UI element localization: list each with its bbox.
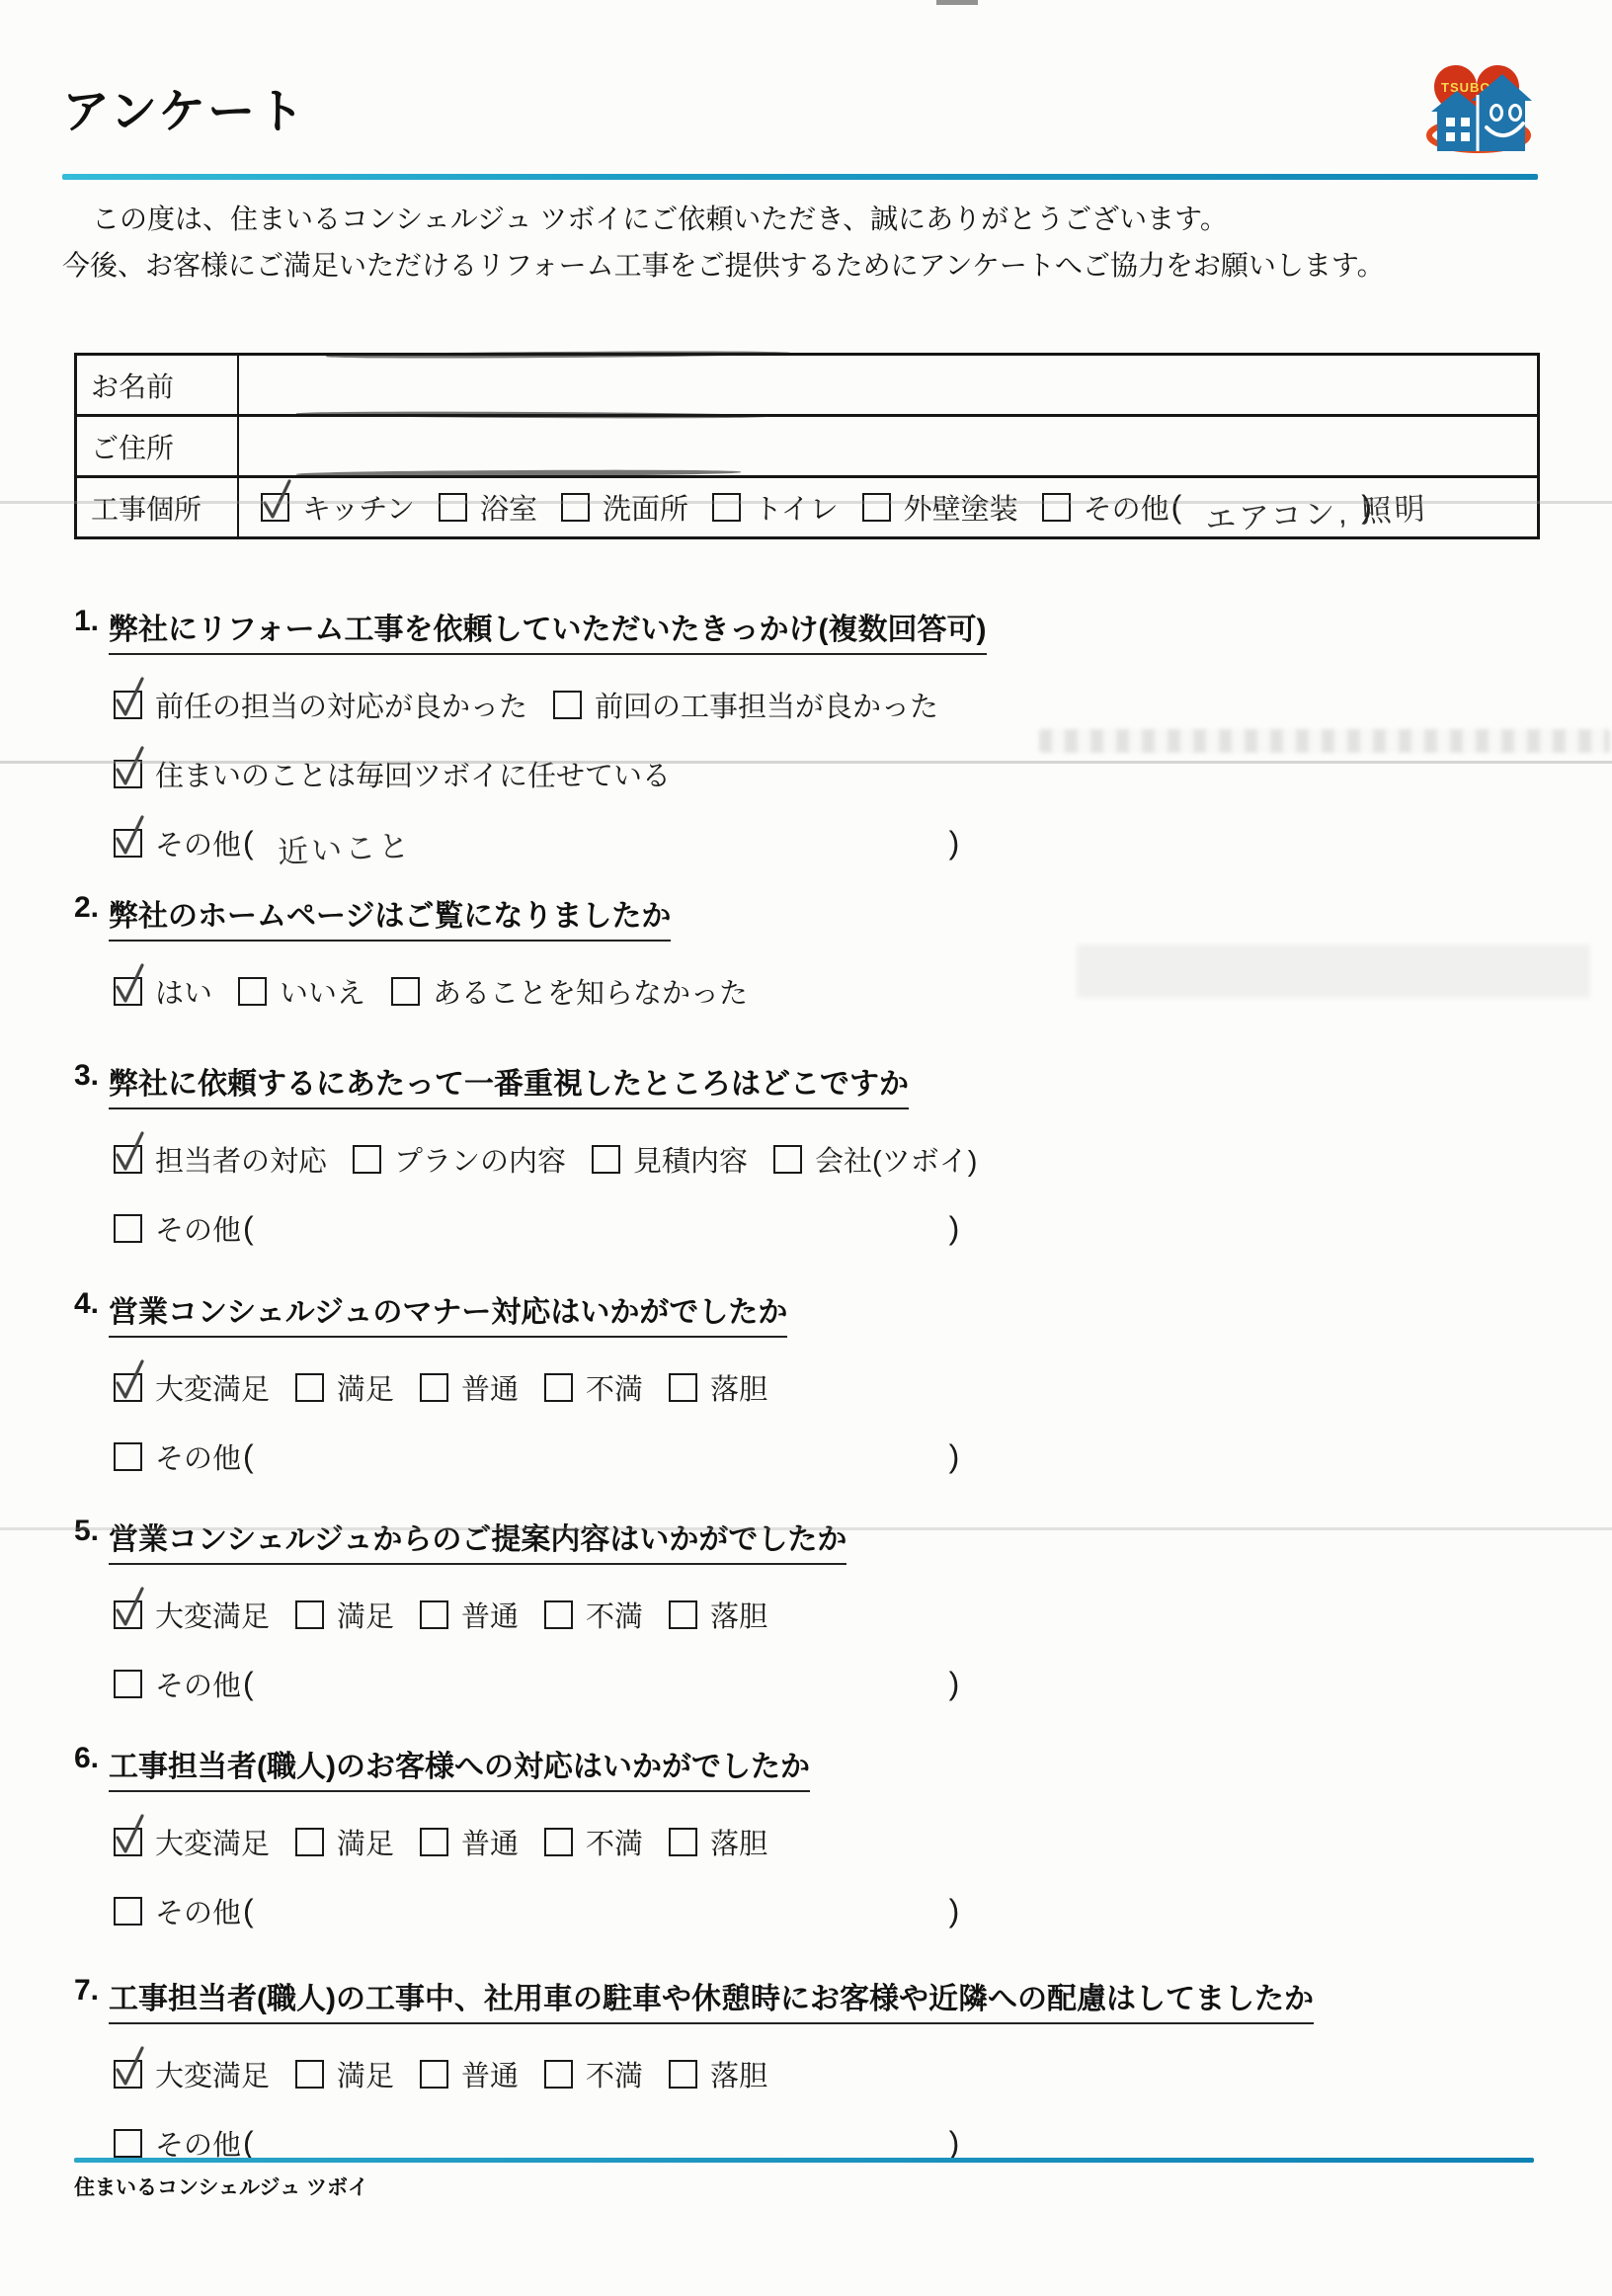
handwritten-text: 近いこと — [277, 820, 413, 871]
name-label: お名前 — [77, 356, 239, 414]
option-label: 落胆 — [710, 1595, 767, 1635]
question-title: 工事担当者(職人)のお客様への対応はいかがでしたか — [109, 1742, 810, 1792]
survey-option: 前任の担当の対応が良かった — [114, 685, 527, 725]
checkbox[interactable] — [114, 1670, 142, 1698]
paren-open: ( — [1169, 489, 1184, 526]
option-label: 普通 — [461, 1595, 519, 1635]
option-label: 洗面所 — [603, 487, 688, 528]
option-row: 大変満足満足普通不満落胆 — [62, 1822, 1538, 1861]
option-label: 普通 — [461, 1367, 519, 1408]
address-field[interactable] — [239, 417, 1537, 475]
survey-option: 普通 — [420, 1595, 519, 1635]
option-label: プランの内容 — [394, 1139, 566, 1180]
checkbox[interactable] — [862, 493, 891, 522]
survey-option: その他() — [114, 1208, 961, 1249]
question-number: 7. — [74, 1974, 99, 2008]
checkbox[interactable] — [114, 1442, 142, 1471]
option-row: はいいいえあることを知らなかった — [62, 971, 1538, 1011]
paren-open: ( — [241, 1210, 256, 1247]
work-options: キッチン浴室洗面所トイレ外壁塗装その他(エアコン, 照明) — [239, 478, 1537, 536]
question-number: 3. — [74, 1059, 99, 1093]
checkbox[interactable] — [295, 1828, 324, 1856]
question-title: 弊社のホームページはご覧になりましたか — [109, 891, 671, 942]
question-number: 6. — [74, 1742, 99, 1775]
option-label: 前任の担当の対応が良かった — [155, 685, 527, 725]
checkbox[interactable] — [561, 493, 590, 522]
question-number: 1. — [74, 605, 99, 638]
survey-option: はい — [114, 971, 212, 1012]
survey-option: その他() — [114, 1891, 961, 1931]
handwritten-checkmark — [112, 1585, 147, 1630]
other-fill-area: 近いこと — [256, 824, 947, 861]
checkbox[interactable] — [114, 1897, 142, 1926]
paren-open: ( — [241, 1666, 256, 1702]
survey-option: その他() — [114, 1664, 961, 1704]
option-row: その他() — [62, 1208, 1538, 1248]
option-label: 満足 — [337, 1367, 394, 1408]
handwritten-checkmark — [112, 813, 147, 859]
question-block: 3.弊社に依頼するにあたって一番重視したところはどこですか担当者の対応プランの内… — [62, 1059, 1538, 1248]
other-fill-area — [256, 1209, 947, 1247]
survey-option: 満足 — [295, 1822, 394, 1862]
option-row: 担当者の対応プランの内容見積内容会社(ツボイ) — [62, 1139, 1538, 1179]
option-label: 大変満足 — [155, 1367, 270, 1408]
survey-option: 普通 — [420, 2054, 519, 2094]
checkbox-checked[interactable] — [114, 1145, 142, 1174]
checkbox[interactable] — [773, 1145, 802, 1174]
option-label: 不満 — [586, 1595, 643, 1635]
question-title: 弊社にリフォーム工事を依頼していただいたきっかけ(複数回答可) — [109, 605, 986, 655]
checkbox[interactable] — [391, 977, 420, 1006]
checkbox[interactable] — [544, 2060, 573, 2089]
checkbox[interactable] — [420, 2060, 448, 2089]
other-fill-area — [256, 1665, 947, 1702]
option-label: 外壁塗装 — [904, 487, 1018, 528]
option-label: その他 — [1084, 487, 1169, 528]
option-row: その他() — [62, 1664, 1538, 1703]
survey-option: 落胆 — [669, 2054, 767, 2094]
option-label: 満足 — [337, 2054, 394, 2094]
survey-option: その他() — [114, 1436, 961, 1477]
question-number: 4. — [74, 1287, 99, 1321]
option-row: その他() — [62, 1436, 1538, 1476]
other-fill-area — [256, 2124, 947, 2162]
survey-option: 普通 — [420, 1822, 519, 1862]
checkbox-checked[interactable] — [114, 1828, 142, 1856]
checkbox[interactable] — [669, 1600, 697, 1629]
survey-option: 大変満足 — [114, 2054, 270, 2094]
question-block: 2.弊社のホームページはご覧になりましたかはいいいえあることを知らなかった — [62, 891, 1538, 1011]
option-label: 大変満足 — [155, 1822, 270, 1862]
other-fill-area — [256, 1892, 947, 1929]
survey-option: 外壁塗装 — [862, 487, 1018, 528]
survey-option: トイレ — [712, 487, 839, 528]
checkbox-checked[interactable] — [114, 829, 142, 858]
handwritten-checkmark — [112, 1357, 147, 1403]
option-label: 会社(ツボイ) — [815, 1139, 977, 1180]
survey-option: その他(エアコン, 照明) — [1042, 487, 1374, 528]
paren-close: ) — [947, 2125, 962, 2162]
option-row: その他(近いこと) — [62, 823, 1538, 862]
checkbox[interactable] — [238, 977, 267, 1006]
option-label: 普通 — [461, 2054, 519, 2094]
handwritten-checkmark — [112, 744, 147, 789]
name-field[interactable] — [239, 356, 1537, 414]
question-title: 営業コンシェルジュからのご提案内容はいかがでしたか — [109, 1515, 846, 1565]
question-title: 工事担当者(職人)の工事中、社用車の駐車や休憩時にお客様や近隣への配慮はしてまし… — [109, 1974, 1314, 2024]
handwritten-checkmark — [112, 961, 147, 1007]
option-label: 満足 — [337, 1595, 394, 1635]
checkbox-checked[interactable] — [114, 760, 142, 788]
option-label: はい — [155, 971, 212, 1012]
paren-close: ) — [947, 825, 962, 861]
survey-option: あることを知らなかった — [391, 971, 748, 1012]
paren-close: ) — [947, 1666, 962, 1702]
checkbox[interactable] — [420, 1828, 448, 1856]
paren-close: ) — [947, 1210, 962, 1247]
checkbox[interactable] — [712, 493, 741, 522]
survey-option: 大変満足 — [114, 1367, 270, 1408]
checkbox[interactable] — [114, 1214, 142, 1243]
checkbox[interactable] — [295, 2060, 324, 2089]
survey-option: 担当者の対応 — [114, 1139, 327, 1180]
tsuboi-logo: TSUBOI — [1421, 49, 1532, 156]
option-label: 普通 — [461, 1822, 519, 1862]
option-row: 大変満足満足普通不満落胆 — [62, 1367, 1538, 1407]
question-block: 7.工事担当者(職人)の工事中、社用車の駐車や休憩時にお客様や近隣への配慮はして… — [62, 1974, 1538, 2163]
question-block: 4.営業コンシェルジュのマナー対応はいかがでしたか大変満足満足普通不満落胆その他… — [62, 1287, 1538, 1476]
option-label: その他 — [155, 1436, 241, 1477]
survey-option: 満足 — [295, 2054, 394, 2094]
checkbox[interactable] — [295, 1373, 324, 1402]
handwritten-checkmark — [112, 2044, 147, 2090]
checkbox[interactable] — [353, 1145, 381, 1174]
survey-option: 満足 — [295, 1367, 394, 1408]
option-row: その他() — [62, 2123, 1538, 2163]
checkbox[interactable] — [544, 1828, 573, 1856]
survey-option: 前回の工事担当が良かった — [553, 685, 938, 725]
question-title: 弊社に依頼するにあたって一番重視したところはどこですか — [109, 1059, 909, 1109]
option-row: 住まいのことは毎回ツボイに任せている — [62, 754, 1538, 793]
checkbox[interactable] — [669, 2060, 697, 2089]
intro-text: この度は、住まいるコンシェルジュ ツボイにご依頼いただき、誠にありがとうございま… — [62, 196, 1538, 288]
option-row: 大変満足満足普通不満落胆 — [62, 1595, 1538, 1634]
intro-line-2: 今後、お客様にご満足いただけるリフォーム工事をご提供するためにアンケートへご協力… — [62, 242, 1538, 288]
survey-option: 満足 — [295, 1595, 394, 1635]
checkbox[interactable] — [420, 1600, 448, 1629]
other-fill-area: エアコン, 照明 — [1183, 489, 1359, 527]
survey-option: 浴室 — [439, 487, 537, 528]
option-label: 不満 — [586, 2054, 643, 2094]
checkbox[interactable] — [544, 1600, 573, 1629]
survey-option: 普通 — [420, 1367, 519, 1408]
option-label: キッチン — [302, 487, 415, 528]
handwritten-checkmark — [112, 1812, 147, 1857]
question-title-row: 6.工事担当者(職人)のお客様への対応はいかがでしたか — [62, 1742, 1538, 1792]
option-label: あることを知らなかった — [433, 971, 748, 1012]
question-block: 5.営業コンシェルジュからのご提案内容はいかがでしたか大変満足満足普通不満落胆そ… — [62, 1515, 1538, 1703]
option-label: その他 — [155, 1891, 241, 1931]
question-block: 1.弊社にリフォーム工事を依頼していただいたきっかけ(複数回答可)前任の担当の対… — [62, 605, 1538, 862]
checkbox[interactable] — [592, 1145, 620, 1174]
checkbox[interactable] — [1042, 493, 1071, 522]
survey-option: 落胆 — [669, 1595, 767, 1635]
info-table: お名前 ご住所 工事個所 キッチン浴室洗面所トイレ外壁塗装その他(エアコン, 照… — [74, 353, 1540, 539]
option-label: 住まいのことは毎回ツボイに任せている — [155, 754, 671, 794]
survey-option: 見積内容 — [592, 1139, 748, 1180]
paren-open: ( — [241, 1893, 256, 1929]
option-label: トイレ — [754, 487, 839, 528]
option-label: その他 — [155, 1664, 241, 1704]
checkbox[interactable] — [669, 1828, 697, 1856]
survey-page: アンケート TSUBOI この度は、住まいるコンシェルジュ ツボイにご依頼いただ… — [62, 0, 1538, 2296]
option-row: 前任の担当の対応が良かった前回の工事担当が良かった — [62, 685, 1538, 724]
paren-open: ( — [241, 1438, 256, 1475]
checkbox[interactable] — [544, 1373, 573, 1402]
survey-option: 大変満足 — [114, 1822, 270, 1862]
question-title-row: 1.弊社にリフォーム工事を依頼していただいたきっかけ(複数回答可) — [62, 605, 1538, 655]
checkbox-checked[interactable] — [114, 1373, 142, 1402]
other-fill-area — [256, 1437, 947, 1475]
option-label: 大変満足 — [155, 2054, 270, 2094]
paren-open: ( — [241, 825, 256, 861]
handwritten-checkmark — [259, 477, 294, 523]
survey-option: 落胆 — [669, 1822, 767, 1862]
question-number: 2. — [74, 891, 99, 925]
option-label: 落胆 — [710, 1367, 767, 1408]
survey-option: 不満 — [544, 1367, 643, 1408]
survey-option: 住まいのことは毎回ツボイに任せている — [114, 754, 671, 794]
question-title-row: 5.営業コンシェルジュからのご提案内容はいかがでしたか — [62, 1515, 1538, 1565]
question-number: 5. — [74, 1515, 99, 1548]
checkbox[interactable] — [114, 2129, 142, 2158]
survey-option: キッチン — [261, 487, 415, 528]
question-title-row: 2.弊社のホームページはご覧になりましたか — [62, 891, 1538, 942]
option-label: 大変満足 — [155, 1595, 270, 1635]
option-label: 落胆 — [710, 2054, 767, 2094]
table-row-work-location: 工事個所 キッチン浴室洗面所トイレ外壁塗装その他(エアコン, 照明) — [77, 475, 1537, 536]
checkbox-checked[interactable] — [114, 2060, 142, 2089]
checkbox[interactable] — [439, 493, 467, 522]
option-label: 前回の工事担当が良かった — [595, 685, 938, 725]
question-title-row: 4.営業コンシェルジュのマナー対応はいかがでしたか — [62, 1287, 1538, 1338]
option-label: その他 — [155, 1208, 241, 1249]
option-label: 見積内容 — [633, 1139, 748, 1180]
question-title-row: 7.工事担当者(職人)の工事中、社用車の駐車や休憩時にお客様や近隣への配慮はして… — [62, 1974, 1538, 2024]
option-label: 落胆 — [710, 1822, 767, 1862]
survey-option: 不満 — [544, 1595, 643, 1635]
handwritten-checkmark — [112, 675, 147, 720]
question-title: 営業コンシェルジュのマナー対応はいかがでしたか — [109, 1287, 787, 1338]
header-rule — [62, 174, 1538, 180]
option-label: 不満 — [586, 1822, 643, 1862]
table-row-name: お名前 — [77, 356, 1537, 414]
footer-text: 住まいるコンシェルジュ ツボイ — [74, 2172, 368, 2201]
option-row: その他() — [62, 1891, 1538, 1930]
paren-open: ( — [241, 2125, 256, 2162]
survey-option: 不満 — [544, 2054, 643, 2094]
checkbox[interactable] — [295, 1600, 324, 1629]
checkbox[interactable] — [669, 1373, 697, 1402]
survey-option: 落胆 — [669, 1367, 767, 1408]
survey-option: 洗面所 — [561, 487, 688, 528]
address-label: ご住所 — [77, 417, 239, 475]
option-label: 不満 — [586, 1367, 643, 1408]
option-label: 浴室 — [480, 487, 537, 528]
checkbox-checked[interactable] — [261, 493, 289, 522]
page-title: アンケート — [62, 73, 306, 141]
option-label: 担当者の対応 — [155, 1139, 327, 1180]
handwritten-text: エアコン, 照明 — [1204, 483, 1429, 539]
survey-option: いいえ — [238, 971, 365, 1012]
intro-line-1: この度は、住まいるコンシェルジュ ツボイにご依頼いただき、誠にありがとうございま… — [62, 196, 1538, 242]
checkbox[interactable] — [420, 1373, 448, 1402]
option-label: その他 — [155, 823, 241, 863]
work-location-label: 工事個所 — [77, 478, 239, 536]
survey-option: 不満 — [544, 1822, 643, 1862]
footer-rule — [74, 2158, 1534, 2163]
paren-close: ) — [947, 1438, 962, 1475]
question-title-row: 3.弊社に依頼するにあたって一番重視したところはどこですか — [62, 1059, 1538, 1109]
survey-option: プランの内容 — [353, 1139, 566, 1180]
survey-option: 会社(ツボイ) — [773, 1139, 977, 1180]
checkbox[interactable] — [553, 691, 582, 719]
question-block: 6.工事担当者(職人)のお客様への対応はいかがでしたか大変満足満足普通不満落胆そ… — [62, 1742, 1538, 1930]
paren-close: ) — [947, 1893, 962, 1929]
survey-option: その他(近いこと) — [114, 823, 961, 863]
table-row-address: ご住所 — [77, 414, 1537, 475]
option-label: いいえ — [280, 971, 365, 1012]
survey-option: 大変満足 — [114, 1595, 270, 1635]
option-label: 満足 — [337, 1822, 394, 1862]
option-row: 大変満足満足普通不満落胆 — [62, 2054, 1538, 2093]
handwritten-checkmark — [112, 1129, 147, 1175]
checkbox-checked[interactable] — [114, 977, 142, 1006]
checkbox-checked[interactable] — [114, 691, 142, 719]
checkbox-checked[interactable] — [114, 1600, 142, 1629]
